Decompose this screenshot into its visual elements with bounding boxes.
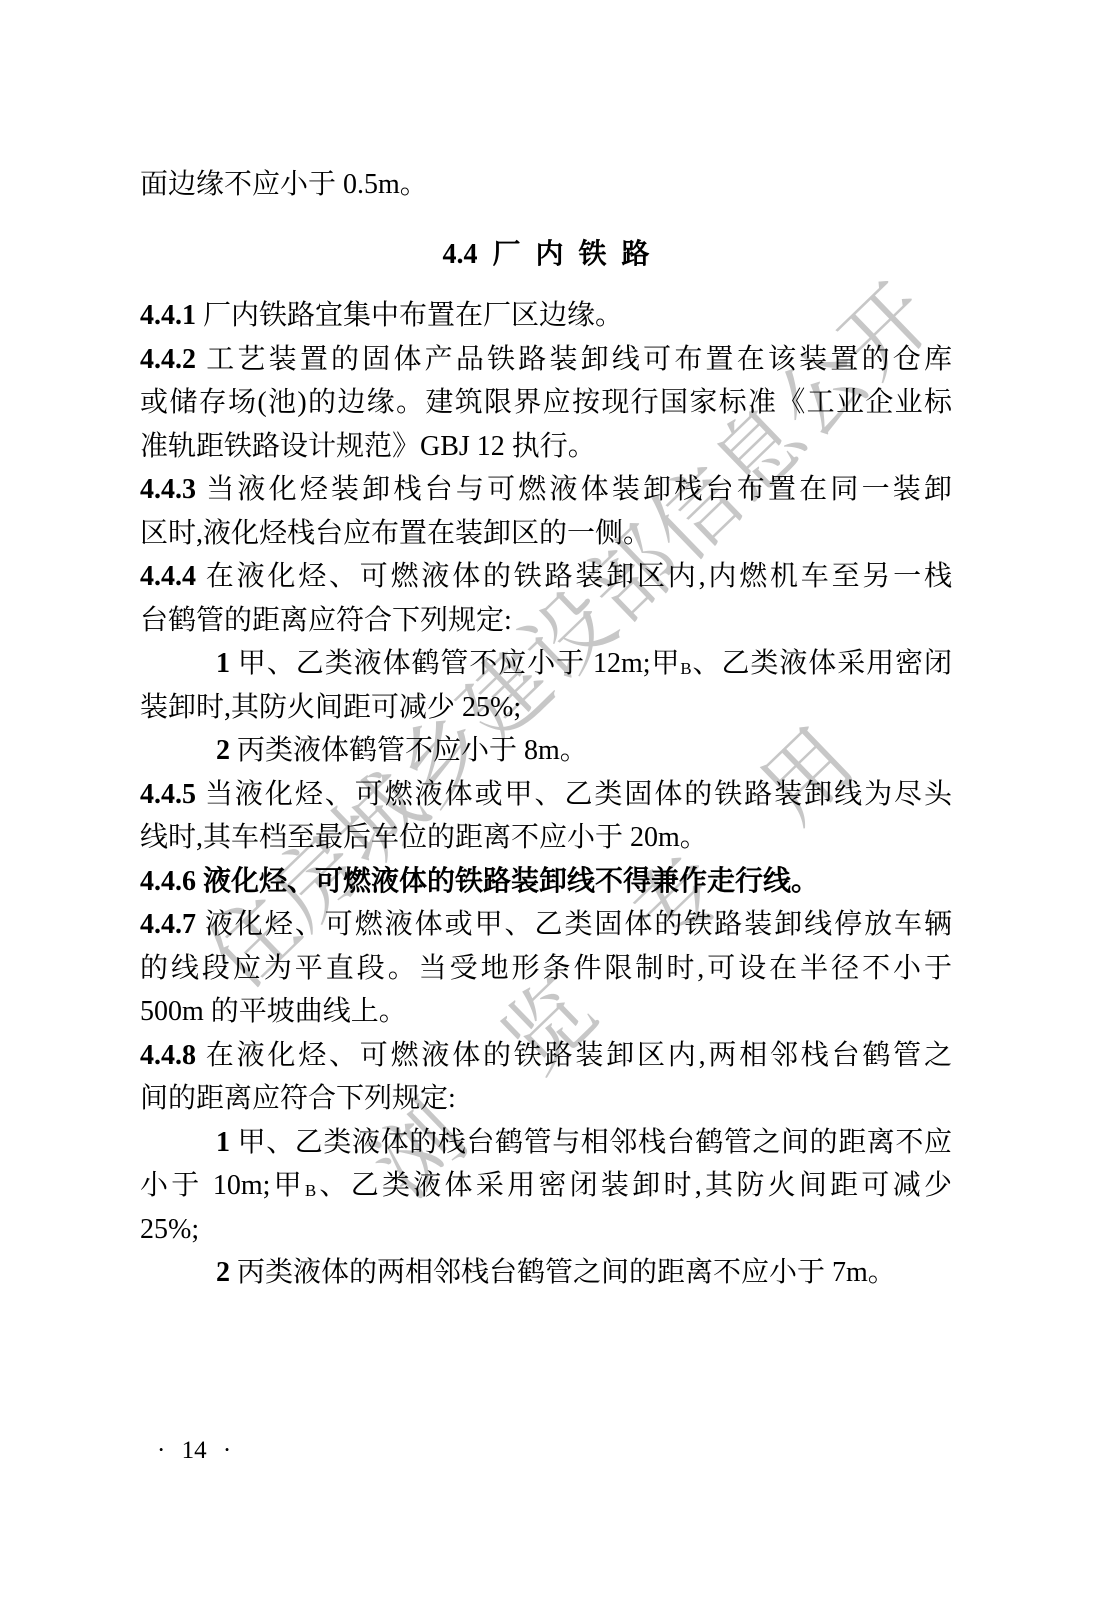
text-line: 4.4.2 工艺装置的固体产品铁路装卸线可布置在该装置的仓库: [140, 338, 952, 382]
text-line: 4.4.4 在液化烃、可燃液体的铁路装卸区内,内燃机车至另一栈: [140, 555, 952, 599]
text-line: 准轨距铁路设计规范》GBJ 12 执行。: [140, 425, 952, 469]
text-line: 1 甲、乙类液体的栈台鹤管与相邻栈台鹤管之间的距离不应: [140, 1121, 952, 1165]
document-page: { "page": { "background_color": "#ffffff…: [0, 0, 1102, 1598]
text-line: 25%;: [140, 1208, 952, 1252]
page-content: 面边缘不应小于 0.5m。 4.4 厂 内 铁 路 4.4.1 厂内铁路宜集中布…: [140, 163, 952, 1295]
text-line: 4.4.6 液化烃、可燃液体的铁路装卸线不得兼作走行线。: [140, 860, 952, 904]
section-heading: 4.4 厂 内 铁 路: [140, 233, 952, 277]
text-line: 2 丙类液体鹤管不应小于 8m。: [140, 729, 952, 773]
text-line: 4.4.1 厂内铁路宜集中布置在厂区边缘。: [140, 294, 952, 338]
text-line: 4.4.8 在液化烃、可燃液体的铁路装卸区内,两相邻栈台鹤管之: [140, 1034, 952, 1078]
clauses-body: 4.4.1 厂内铁路宜集中布置在厂区边缘。4.4.2 工艺装置的固体产品铁路装卸…: [140, 294, 952, 1295]
text-line: 1 甲、乙类液体鹤管不应小于 12m;甲B、乙类液体采用密闭: [140, 642, 952, 686]
text-line: 线时,其车档至最后车位的距离不应小于 20m。: [140, 816, 952, 860]
paragraph-continuation-line: 面边缘不应小于 0.5m。: [140, 163, 952, 207]
text-line: 或储存场(池)的边缘。建筑限界应按现行国家标准《工业企业标: [140, 381, 952, 425]
text-line: 区时,液化烃栈台应布置在装卸区的一侧。: [140, 512, 952, 556]
text-line: 台鹤管的距离应符合下列规定:: [140, 599, 952, 643]
text-line: 装卸时,其防火间距可减少 25%;: [140, 686, 952, 730]
text-line: 4.4.7 液化烃、可燃液体或甲、乙类固体的铁路装卸线停放车辆: [140, 903, 952, 947]
text-line: 间的距离应符合下列规定:: [140, 1077, 952, 1121]
text-line: 小于 10m;甲B、乙类液体采用密闭装卸时,其防火间距可减少: [140, 1164, 952, 1208]
text-line: 500m 的平坡曲线上。: [140, 990, 952, 1034]
text-line: 4.4.5 当液化烃、可燃液体或甲、乙类固体的铁路装卸线为尽头: [140, 773, 952, 817]
page-number: · 14 ·: [157, 1437, 231, 1465]
text-line: 的线段应为平直段。当受地形条件限制时,可设在半径不小于: [140, 947, 952, 991]
text-line: 2 丙类液体的两相邻栈台鹤管之间的距离不应小于 7m。: [140, 1251, 952, 1295]
text-line: 4.4.3 当液化烃装卸栈台与可燃液体装卸栈台布置在同一装卸: [140, 468, 952, 512]
